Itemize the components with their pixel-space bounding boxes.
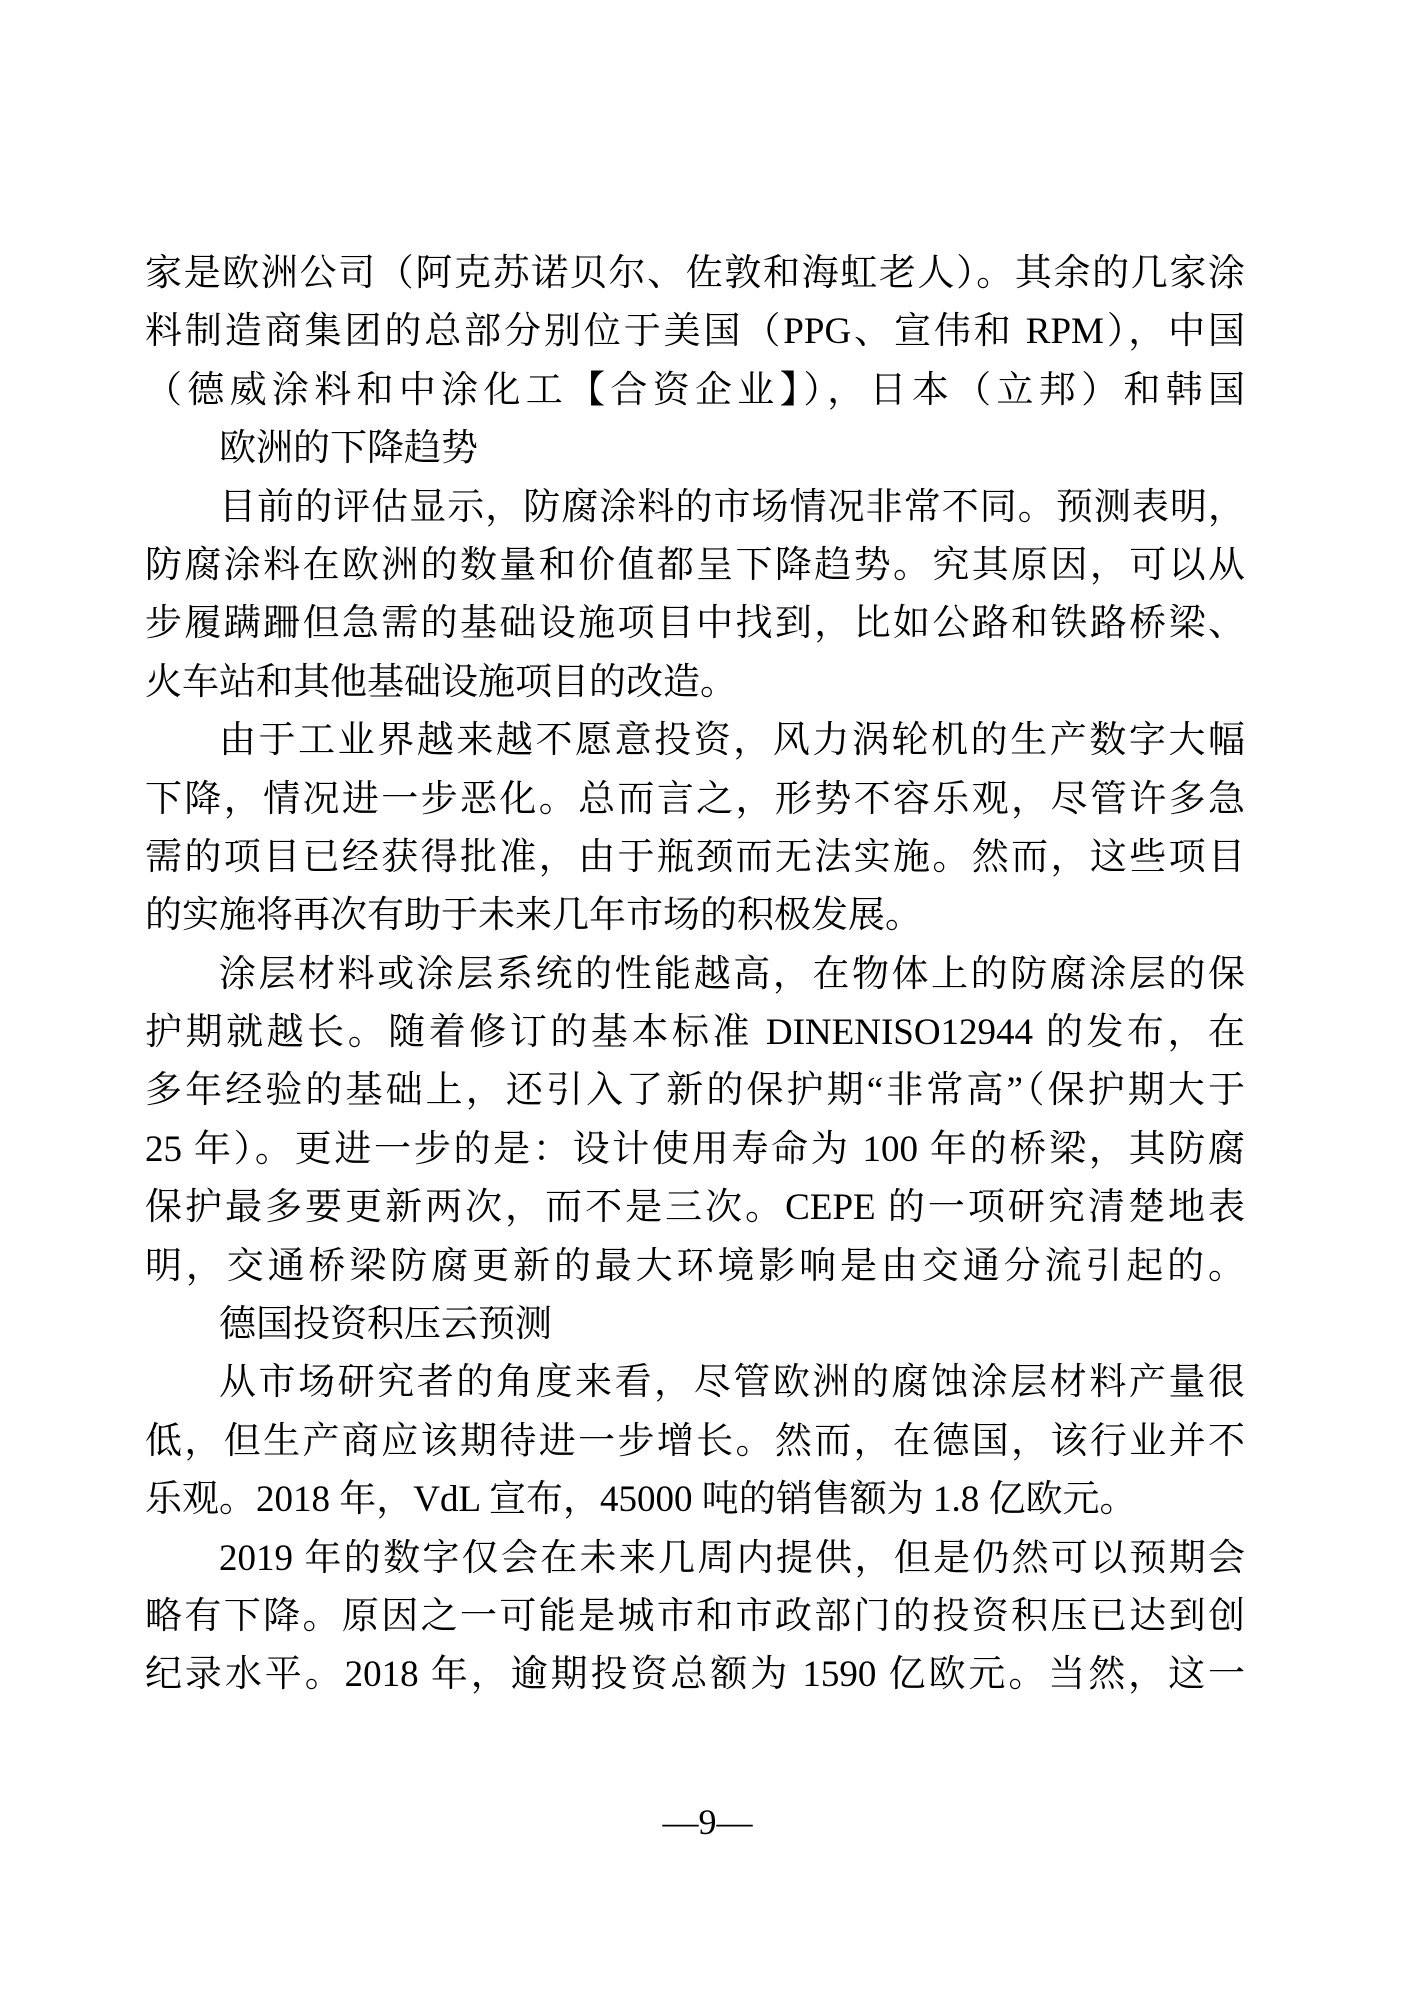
text-line: 低，但生产商应该期待进一步增长。然而，在德国，该行业并不 bbox=[145, 1413, 1245, 1471]
text-line: 多年经验的基础上，还引入了新的保护期“非常高”（保护期大于 bbox=[145, 1062, 1245, 1120]
section-heading: 德国投资积压云预测 bbox=[145, 1296, 1245, 1354]
document-page: 家是欧洲公司（阿克苏诺贝尔、佐敦和海虹老人）。其余的几家涂 料制造商集团的总部分… bbox=[0, 0, 1415, 2000]
text-line: 火车站和其他基础设施项目的改造。 bbox=[145, 654, 1245, 712]
text-line: 由于工业界越来越不愿意投资，风力涡轮机的生产数字大幅 bbox=[145, 712, 1245, 770]
text-line: 防腐涂料在欧洲的数量和价值都呈下降趋势。究其原因，可以从 bbox=[145, 537, 1245, 595]
text-line: 家是欧洲公司（阿克苏诺贝尔、佐敦和海虹老人）。其余的几家涂 bbox=[145, 245, 1245, 303]
text-line: 纪录水平。2018 年，逾期投资总额为 1590 亿欧元。当然，这一 bbox=[145, 1646, 1245, 1704]
text-line: 略有下降。原因之一可能是城市和市政部门的投资积压已达到创 bbox=[145, 1588, 1245, 1646]
text-line: 料制造商集团的总部分别位于美国（PPG、宣伟和 RPM），中国 bbox=[145, 303, 1245, 361]
text-line: 2019 年的数字仅会在未来几周内提供，但是仍然可以预期会 bbox=[145, 1530, 1245, 1588]
section-heading: 欧洲的下降趋势 bbox=[145, 420, 1245, 478]
text-line: 护期就越长。随着修订的基本标准 DINENISO12944 的发布，在 bbox=[145, 1004, 1245, 1062]
text-column: 家是欧洲公司（阿克苏诺贝尔、佐敦和海虹老人）。其余的几家涂 料制造商集团的总部分… bbox=[145, 245, 1245, 1705]
text-line: 步履蹒跚但急需的基础设施项目中找到，比如公路和铁路桥梁、 bbox=[145, 595, 1245, 653]
page-number: —9— bbox=[0, 1800, 1415, 1844]
text-line: 保护最多要更新两次，而不是三次。CEPE 的一项研究清楚地表 bbox=[145, 1179, 1245, 1237]
text-line: 乐观。2018 年，VdL 宣布，45000 吨的销售额为 1.8 亿欧元。 bbox=[145, 1471, 1245, 1529]
text-line: 明，交通桥梁防腐更新的最大环境影响是由交通分流引起的。 bbox=[145, 1238, 1245, 1296]
text-line: 25 年）。更进一步的是：设计使用寿命为 100 年的桥梁，其防腐 bbox=[145, 1121, 1245, 1179]
text-line: 涂层材料或涂层系统的性能越高，在物体上的防腐涂层的保 bbox=[145, 946, 1245, 1004]
text-line: 目前的评估显示，防腐涂料的市场情况非常不同。预测表明， bbox=[145, 479, 1245, 537]
text-line: 下降，情况进一步恶化。总而言之，形势不容乐观，尽管许多急 bbox=[145, 771, 1245, 829]
text-line: 需的项目已经获得批准，由于瓶颈而无法实施。然而，这些项目 bbox=[145, 829, 1245, 887]
text-line: 从市场研究者的角度来看，尽管欧洲的腐蚀涂层材料产量很 bbox=[145, 1354, 1245, 1412]
text-line: （德威涂料和中涂化工【合资企业】），日本（立邦）和韩国（KCC）。 bbox=[145, 362, 1245, 420]
text-line: 的实施将再次有助于未来几年市场的积极发展。 bbox=[145, 887, 1245, 945]
